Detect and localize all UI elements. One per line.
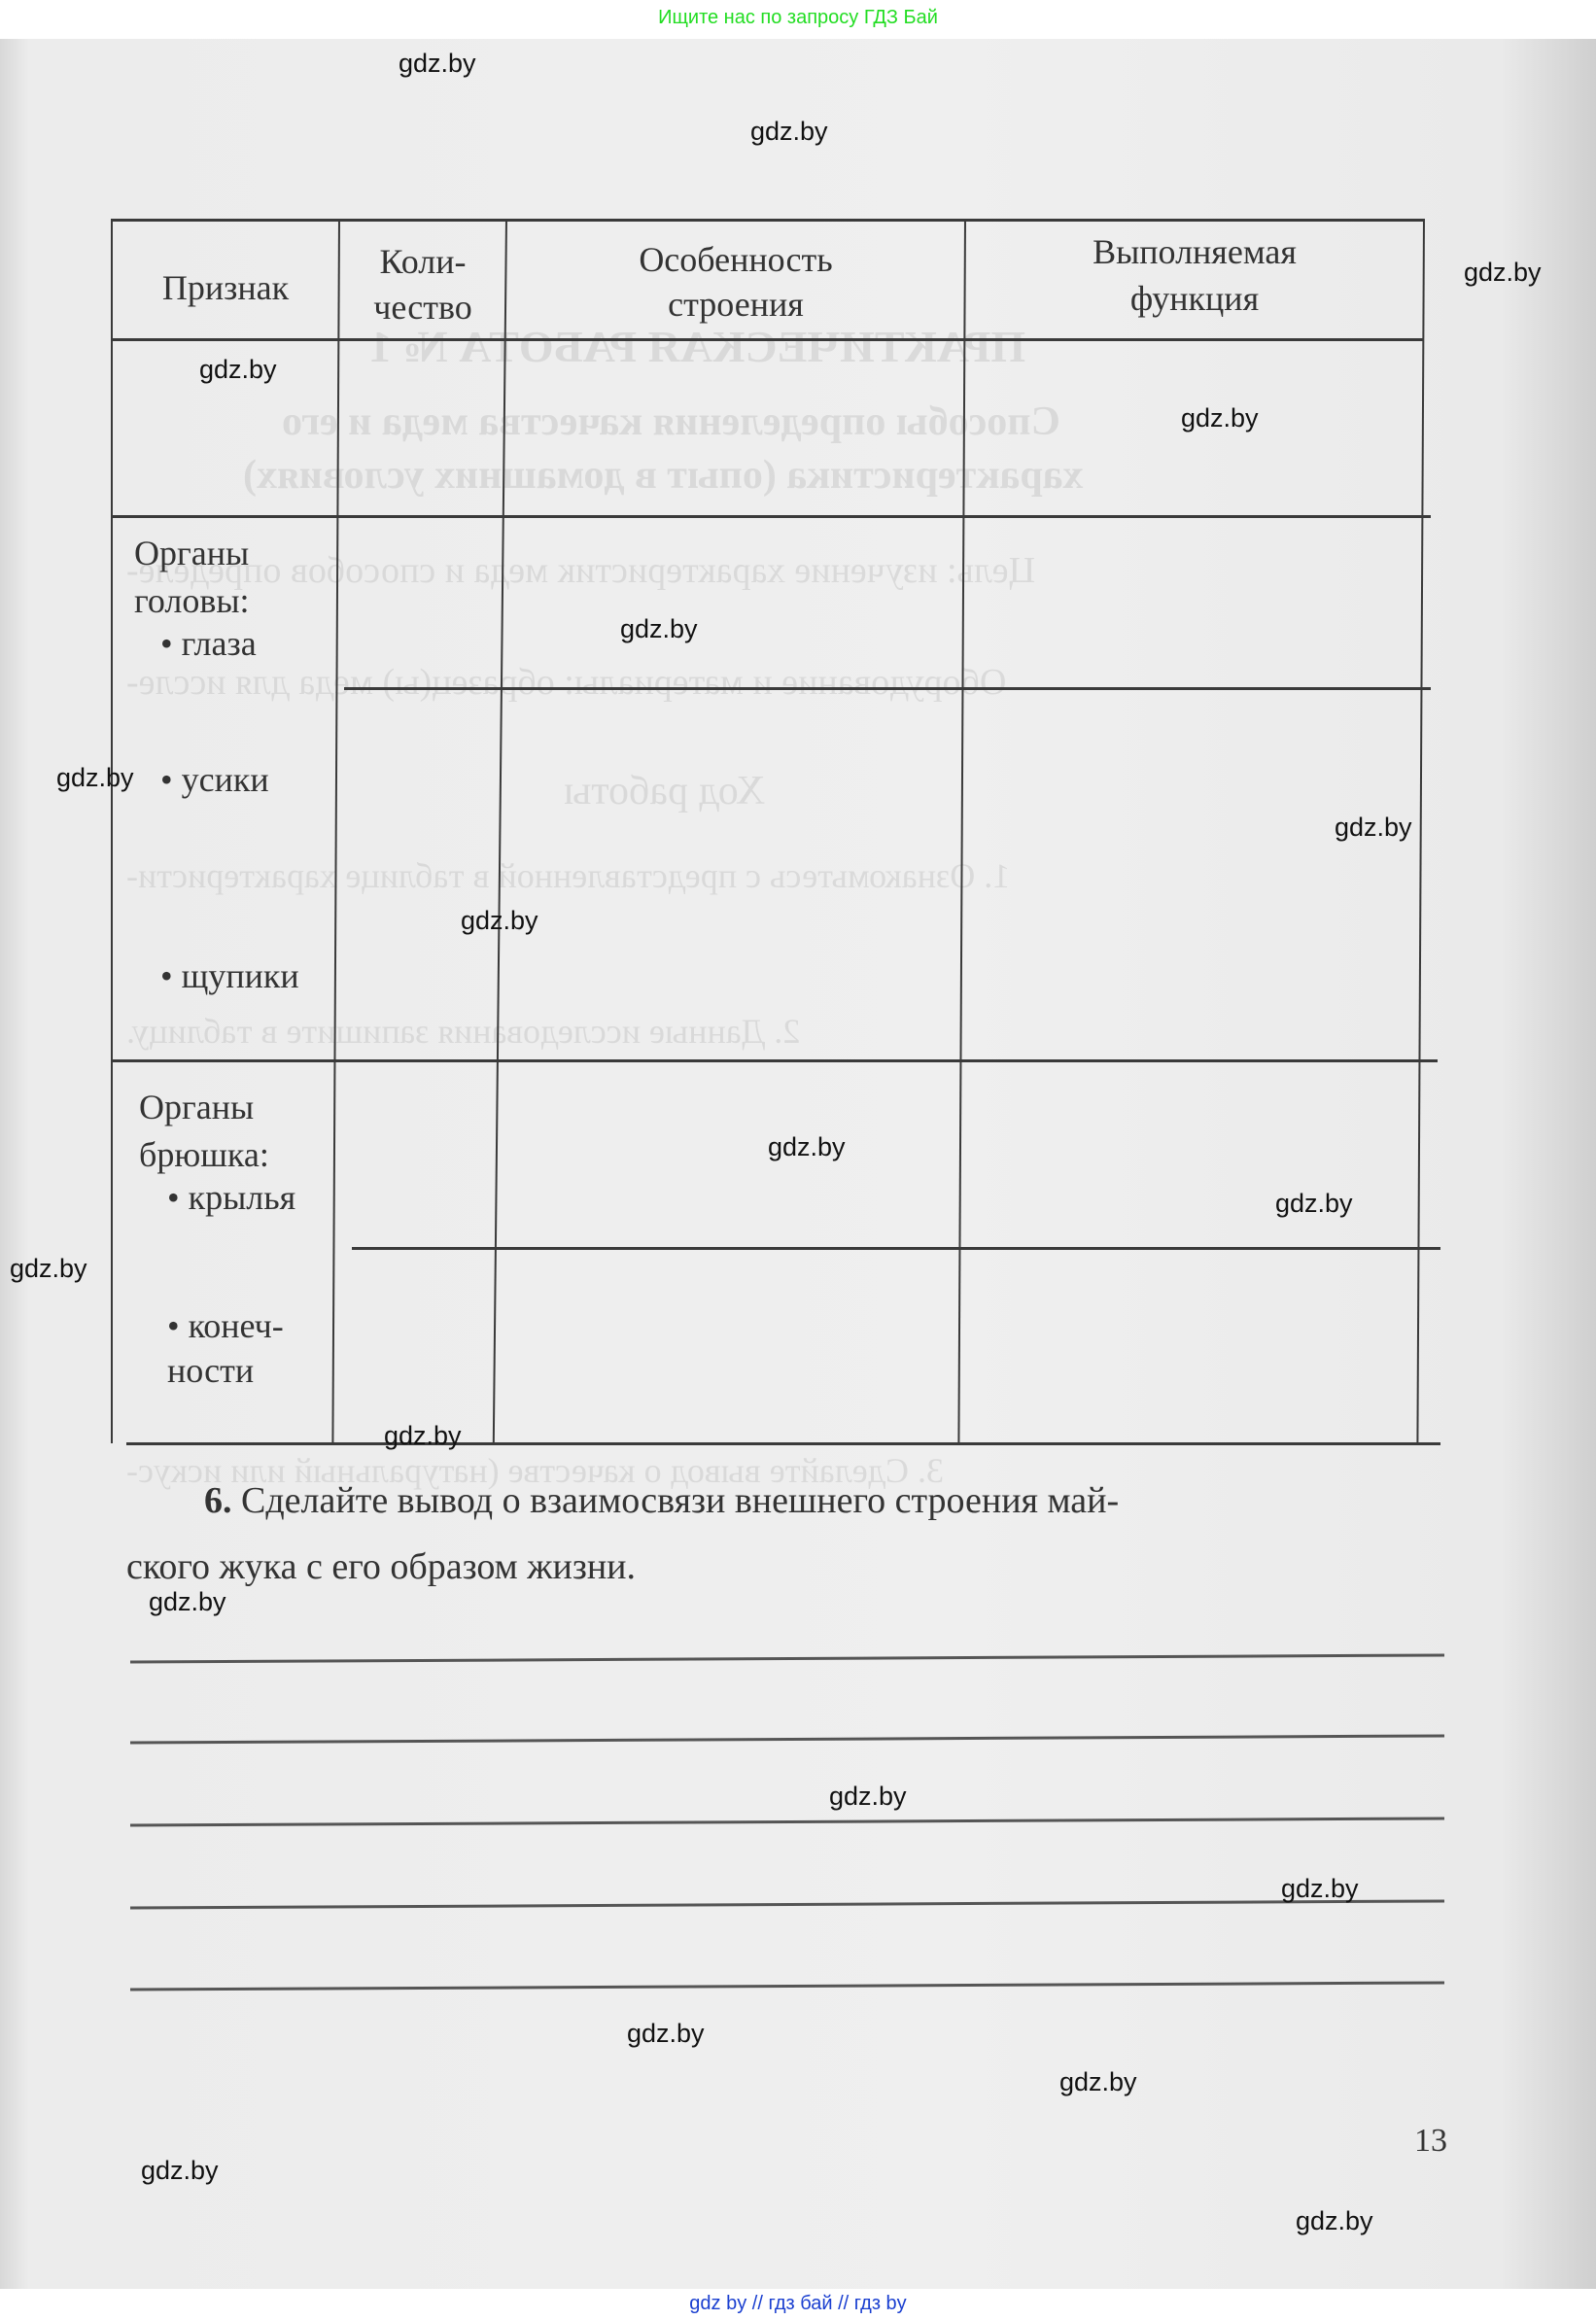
watermark: gdz.by [1464,258,1542,288]
bleed-through-text: Оборудование и материалы: образец(ы) мед… [126,661,1006,704]
watermark: gdz.by [1059,2067,1137,2097]
watermark: gdz.by [141,2156,219,2186]
group-title-head-line2: головы: [134,577,250,624]
row-label-wings: • крылья [167,1174,295,1221]
header-function-line1: Выполняемая [966,228,1423,275]
watermark: gdz.by [199,355,277,385]
watermark: gdz.by [10,1254,87,1284]
row-label-eyes: • глаза [160,620,257,667]
watermark: gdz.by [149,1587,226,1617]
table-border-top [111,219,1423,222]
table-border-left [111,219,113,1443]
row-label-palps: • щупики [160,952,299,999]
watermark: gdz.by [384,1421,462,1451]
row-label-limbs-line2: ности [167,1347,254,1394]
watermark: gdz.by [829,1782,907,1812]
header-feature: Признак [115,264,336,311]
watermark: gdz.by [620,614,698,644]
row-label-antennae: • усики [160,756,269,803]
page-number: 13 [1414,2123,1447,2160]
watermark: gdz.by [1335,813,1412,843]
header-structure-line2: строения [507,281,964,328]
watermark: gdz.by [56,763,134,793]
table-row-divider [111,515,1431,518]
footer-links[interactable]: gdz by // гдз бай // гдз by [0,2289,1596,2320]
bleed-through-text: Цель: изучение характеристик меда и спос… [126,549,1035,592]
search-banner[interactable]: Ищите нас по запросу ГДЗ Бай [0,0,1596,39]
header-structure-line1: Особенность [507,236,964,283]
row-label-limbs-line1: • конеч- [167,1302,284,1349]
group-title-abdomen-line1: Органы [139,1084,254,1130]
bleed-through-text: характеристика (опыт в домашних условиях… [243,452,1083,499]
table-border-bottom [126,1442,1440,1445]
watermark: gdz.by [768,1132,846,1162]
bleed-through-text: 1. Ознакомьтесь с представленной в табли… [126,855,1010,896]
bleed-through-text: Ход работы [564,768,765,814]
bleed-through-text: Способы определения качества меда и его [282,398,1060,445]
task-text-line2: ского жука с его образом жизни. [126,1534,1439,1600]
watermark: gdz.by [750,117,828,147]
header-quantity-line1: Коли- [340,238,505,285]
table-subrow-divider [352,1247,1440,1250]
bleed-through-text: 2. Данные исследования запишите в таблиц… [126,1011,800,1052]
watermark: gdz.by [1275,1189,1353,1219]
group-title-head-line1: Органы [134,530,249,576]
table-group-divider [113,1059,1438,1062]
watermark: gdz.by [627,2019,705,2049]
header-quantity-line2: чество [340,284,505,330]
header-function-line2: функция [966,275,1423,322]
watermark: gdz.by [1281,1874,1359,1904]
task-question: 6. Сделайте вывод о взаимосвязи внешнего… [146,1468,1439,1600]
watermark: gdz.by [1181,403,1259,433]
table-header-bottom [111,338,1423,341]
task-number: 6. [204,1480,232,1521]
table-subrow-divider [344,687,1431,690]
watermark: gdz.by [399,49,476,79]
watermark: gdz.by [461,906,538,936]
watermark: gdz.by [1296,2206,1373,2236]
group-title-abdomen-line2: брюшка: [139,1131,269,1178]
task-text-line1: Сделайте вывод о взаимосвязи внешнего ст… [241,1480,1119,1521]
